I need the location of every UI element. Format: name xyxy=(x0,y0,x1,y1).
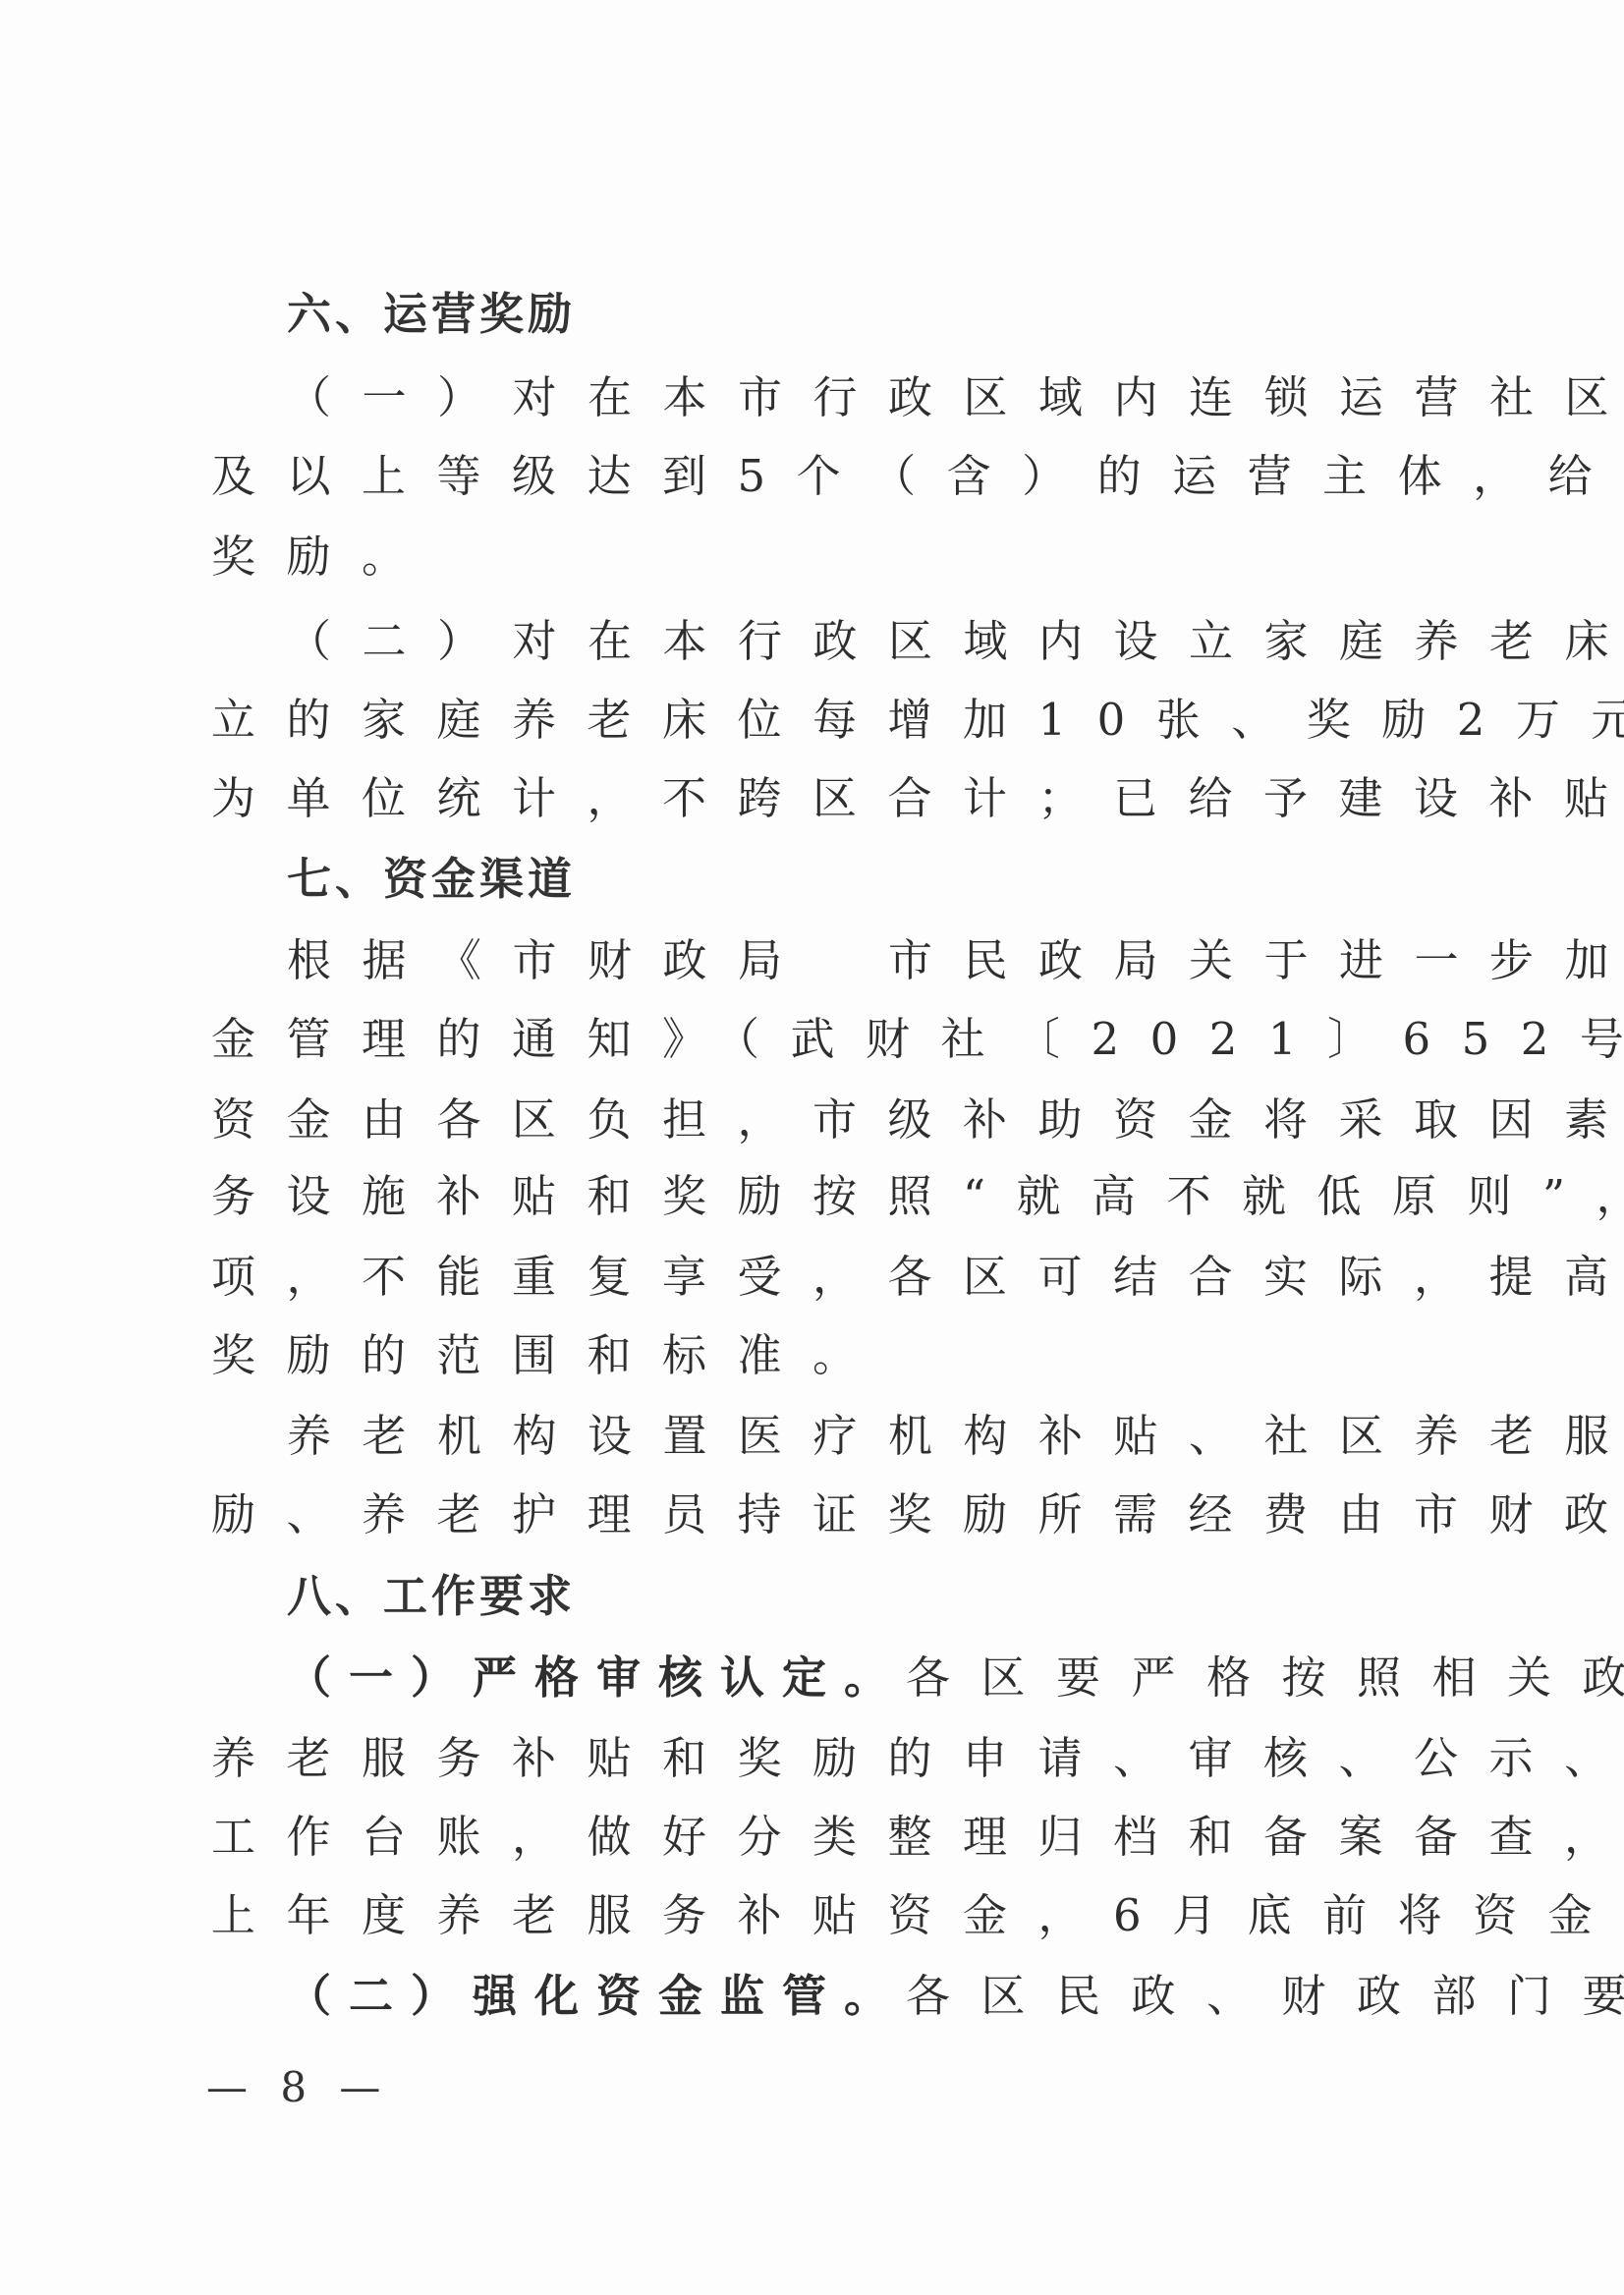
paragraph-lead: （二）强化资金监管。 xyxy=(287,1970,906,2022)
paragraph-line: 养老服务补贴和奖励的申请、审核、公示、拨付工作，逐一建立 xyxy=(211,1718,1429,1799)
paragraph-line: 奖励。 xyxy=(211,517,1429,597)
paragraph-line: 项，不能重复享受，各区可结合实际，提高养老服务设施补贴、 xyxy=(211,1237,1429,1317)
paragraph-line: 为单位统计，不跨区合计；已给予建设补贴的，不再享受奖励。 xyxy=(211,758,1429,839)
paragraph-line: 金管理的通知》（武财社〔2021〕652号）要求，养老服务补贴 xyxy=(211,999,1429,1080)
paragraph-line: 工作台账，做好分类整理归档和备案备查，原则上每年3月申请 xyxy=(211,1797,1429,1877)
section-heading-6: 六、运营奖励 xyxy=(287,274,1429,355)
paragraph-line: （一）对在本市行政区域内连锁运营社区养老服务设施3A xyxy=(287,358,1429,438)
paragraph-line: 上年度养老服务补贴资金，6月底前将资金拨付到位。 xyxy=(211,1875,1429,1956)
paragraph-text: 各区民政、财政部门要加强对养老服 xyxy=(906,1970,1624,2022)
paragraph-line: 立的家庭养老床位每增加10张、奖励2万元。增加床位数以区 xyxy=(211,680,1429,760)
paragraph-line: （二）对在本行政区域内设立家庭养老床位的服务机构，设 xyxy=(287,601,1429,682)
paragraph-line: 励、养老护理员持证奖励所需经费由市财政承担。 xyxy=(211,1475,1429,1555)
paragraph-text: 各区要严格按照相关政策规定，做好 xyxy=(906,1651,1624,1704)
paragraph-line: （二）强化资金监管。各区民政、财政部门要加强对养老服 xyxy=(287,1956,1429,2037)
paragraph-line: 及以上等级达到5个（含）的运营主体，给予20万元的一次性 xyxy=(211,436,1429,517)
paragraph-line: 根据《市财政局 市民政局关于进一步加强养老服务补贴资 xyxy=(287,921,1429,1001)
document-page: 六、运营奖励 （一）对在本市行政区域内连锁运营社区养老服务设施3A 及以上等级达… xyxy=(0,0,1624,2295)
paragraph-line: 务设施补贴和奖励按照“就高不就低原则”，只能享受其中一 xyxy=(211,1156,1429,1237)
section-heading-8: 八、工作要求 xyxy=(287,1556,1429,1637)
paragraph-lead: （一）严格审核认定。 xyxy=(287,1651,906,1704)
page-number: — 8 — xyxy=(206,2058,390,2117)
paragraph-line: （一）严格审核认定。各区要严格按照相关政策规定，做好 xyxy=(287,1638,1429,1718)
paragraph-line: 养老机构设置医疗机构补贴、社区养老服务设施连锁运营奖 xyxy=(287,1396,1429,1477)
section-heading-7: 七、资金渠道 xyxy=(287,839,1429,920)
paragraph-line: 资金由各区负担，市级补助资金将采取因素法分配下达。养老服 xyxy=(211,1080,1429,1160)
paragraph-line: 奖励的范围和标准。 xyxy=(211,1315,1429,1396)
